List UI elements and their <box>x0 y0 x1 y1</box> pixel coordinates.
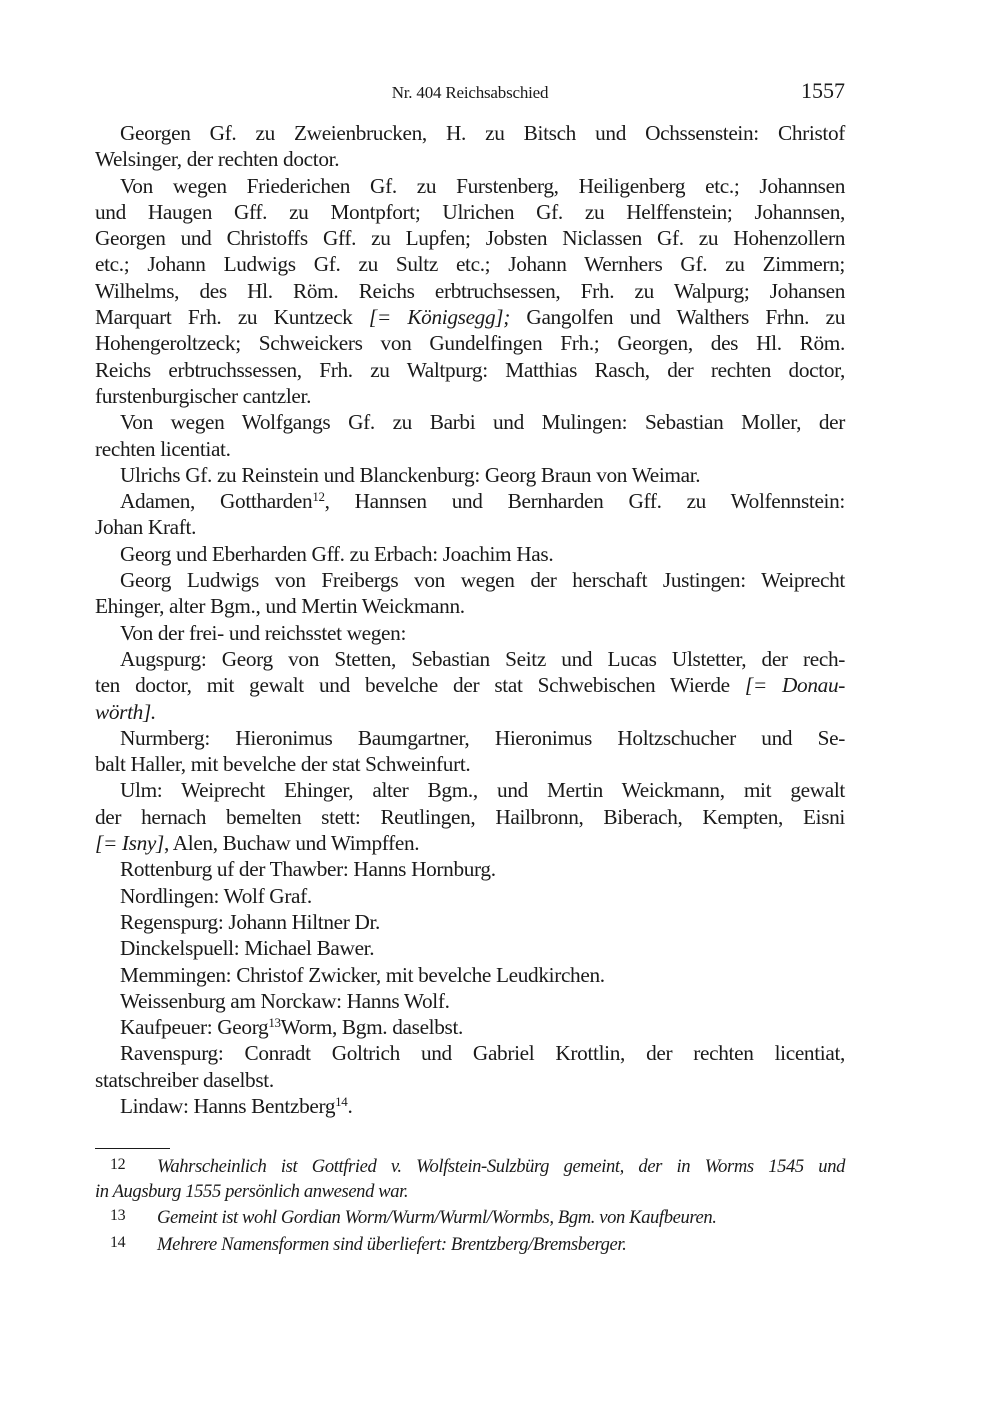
running-head: Nr. 404 Reichsabschied 1557 <box>95 80 845 106</box>
footnote-ref-13[interactable]: 13 <box>268 1015 280 1030</box>
text-line: balt Haller, mit bevelche der stat Schwe… <box>95 751 845 777</box>
text-line: etc.; Johann Ludwigs Gf. zu Sultz etc.; … <box>95 251 845 277</box>
body-text: Georgen Gf. zu Zweienbrucken, H. zu Bits… <box>95 120 845 1119</box>
document-page: Nr. 404 Reichsabschied 1557 Georgen Gf. … <box>0 0 1004 1418</box>
text-run: . <box>347 1094 352 1118</box>
text-line: und Haugen Gff. zu Montpfort; Ulrichen G… <box>95 199 845 225</box>
text-line: Nurmberg: Hieronimus Baumgartner, Hieron… <box>95 725 845 751</box>
text-line: Johan Kraft. <box>95 514 845 540</box>
paragraph-ulm: Ulm: Weiprecht Ehinger, alter Bgm., und … <box>95 777 845 856</box>
footnote-text: Mehrere Namensformen sind überliefert: B… <box>157 1234 626 1255</box>
text-line: Weissenburg am Norckaw: Hanns Wolf. <box>95 988 845 1014</box>
footnote-line: in Augsburg 1555 persönlich anwesend war… <box>95 1180 845 1205</box>
footnote-12: 12Wahrscheinlich ist Gottfried v. Wolfst… <box>95 1153 845 1204</box>
running-title: Nr. 404 Reichsabschied <box>95 80 845 106</box>
text-line: Reichs erbtruchssessen, Frh. zu Waltpurg… <box>95 357 845 383</box>
text-line: Augspurg: Georg von Stetten, Sebastian S… <box>95 646 845 672</box>
editorial-note: [= Königsegg]; <box>369 305 510 329</box>
paragraph-erbach: Georg und Eberharden Gff. zu Erbach: Joa… <box>95 541 845 567</box>
paragraph-ravenspurg: Ravenspurg: Conradt Goltrich und Gabriel… <box>95 1040 845 1093</box>
text-line: rechten licentiat. <box>95 436 845 462</box>
text-line: Welsinger, der rechten doctor. <box>95 146 845 172</box>
paragraph-regenspurg: Regenspurg: Johann Hiltner Dr. <box>95 909 845 935</box>
text-line: Lindaw: Hanns Bentzberg14. <box>95 1093 845 1119</box>
text-line: Marquart Frh. zu Kuntzeck [= Königsegg];… <box>95 304 845 330</box>
paragraph-augspurg: Augspurg: Georg von Stetten, Sebastian S… <box>95 646 845 725</box>
paragraph-kaufpeuer: Kaufpeuer: Georg13Worm, Bgm. daselbst. <box>95 1014 845 1040</box>
text-line: Wilhelms, des Hl. Röm. Reichs erbtruchse… <box>95 278 845 304</box>
text-run: Kaufpeuer: Georg <box>120 1015 268 1039</box>
text-line: Memmingen: Christof Zwicker, mit bevelch… <box>95 962 845 988</box>
footnote-line: 12Wahrscheinlich ist Gottfried v. Wolfst… <box>95 1153 845 1180</box>
text-line: Georg und Eberharden Gff. zu Erbach: Joa… <box>95 541 845 567</box>
footnote-line: 13Gemeint ist wohl Gordian Worm/Wurm/Wur… <box>95 1204 845 1231</box>
paragraph-lindaw: Lindaw: Hanns Bentzberg14. <box>95 1093 845 1119</box>
paragraph-dinckelspuell: Dinckelspuell: Michael Bawer. <box>95 935 845 961</box>
footnote-ref-12[interactable]: 12 <box>312 489 324 504</box>
footnote-text: Wahrscheinlich ist Gottfried v. Wolfstei… <box>157 1156 845 1177</box>
paragraph-rottenburg: Rottenburg uf der Thawber: Hanns Hornbur… <box>95 856 845 882</box>
footnote-number: 14 <box>95 1231 157 1256</box>
text-line: Rottenburg uf der Thawber: Hanns Hornbur… <box>95 856 845 882</box>
footnote-ref-14[interactable]: 14 <box>335 1094 347 1109</box>
paragraph-justingen: Georg Ludwigs von Freibergs von wegen de… <box>95 567 845 620</box>
footnote-text: Gemeint ist wohl Gordian Worm/Wurm/Wurml… <box>157 1207 717 1228</box>
footnote-number: 12 <box>95 1153 157 1178</box>
text-line: Georgen und Christoffs Gff. zu Lupfen; J… <box>95 225 845 251</box>
footnote-number: 13 <box>95 1204 157 1229</box>
text-line: Dinckelspuell: Michael Bawer. <box>95 935 845 961</box>
text-line: Nordlingen: Wolf Graf. <box>95 883 845 909</box>
editorial-note: [= Donau- <box>745 673 845 697</box>
text-run: Marquart Frh. zu Kuntzeck <box>95 305 369 329</box>
text-line: Von wegen Wolfgangs Gf. zu Barbi und Mul… <box>95 409 845 435</box>
paragraph-reinstein: Ulrichs Gf. zu Reinstein und Blanckenbur… <box>95 462 845 488</box>
text-line: Georgen Gf. zu Zweienbrucken, H. zu Bits… <box>95 120 845 146</box>
text-line: Georg Ludwigs von Freibergs von wegen de… <box>95 567 845 593</box>
paragraph-barbi: Von wegen Wolfgangs Gf. zu Barbi und Mul… <box>95 409 845 462</box>
text-line: Kaufpeuer: Georg13Worm, Bgm. daselbst. <box>95 1014 845 1040</box>
page-number: 1557 <box>801 78 845 104</box>
text-line: furstenburgischer cantzler. <box>95 383 845 409</box>
text-run: Adamen, Gottharden <box>120 489 312 513</box>
text-line: Ravenspurg: Conradt Goltrich und Gabriel… <box>95 1040 845 1066</box>
footnote-13: 13Gemeint ist wohl Gordian Worm/Wurm/Wur… <box>95 1204 845 1231</box>
text-run: , Hannsen und Bernharden Gff. zu Wolfenn… <box>325 489 845 513</box>
paragraph-memmingen: Memmingen: Christof Zwicker, mit bevelch… <box>95 962 845 988</box>
editorial-note: wörth]. <box>95 699 845 725</box>
footnotes: 12Wahrscheinlich ist Gottfried v. Wolfst… <box>95 1153 845 1257</box>
text-line: Ulm: Weiprecht Ehinger, alter Bgm., und … <box>95 777 845 803</box>
text-run: ten doctor, mit gewalt und bevelche der … <box>95 673 745 697</box>
paragraph-nurmberg: Nurmberg: Hieronimus Baumgartner, Hieron… <box>95 725 845 778</box>
footnote-14: 14Mehrere Namensformen sind überliefert:… <box>95 1231 845 1258</box>
text-line: Ulrichs Gf. zu Reinstein und Blanckenbur… <box>95 462 845 488</box>
text-line: ten doctor, mit gewalt und bevelche der … <box>95 672 845 698</box>
paragraph-wolfennstein: Adamen, Gottharden12, Hannsen und Bernha… <box>95 488 845 541</box>
footnote-divider <box>95 1148 170 1149</box>
text-line: der hernach bemelten stett: Reutlingen, … <box>95 804 845 830</box>
paragraph-zweienbrucken: Georgen Gf. zu Zweienbrucken, H. zu Bits… <box>95 120 845 173</box>
paragraph-nordlingen: Nordlingen: Wolf Graf. <box>95 883 845 909</box>
text-run: , Alen, Buchaw und Wimpffen. <box>164 831 419 855</box>
text-line: Ehinger, alter Bgm., und Mertin Weickman… <box>95 593 845 619</box>
text-line: Adamen, Gottharden12, Hannsen und Bernha… <box>95 488 845 514</box>
text-line: Regenspurg: Johann Hiltner Dr. <box>95 909 845 935</box>
footnote-line: 14Mehrere Namensformen sind überliefert:… <box>95 1231 845 1258</box>
text-line: Von wegen Friederichen Gf. zu Furstenber… <box>95 173 845 199</box>
editorial-note: [= Isny] <box>95 831 164 855</box>
text-run: Gangolfen und Walthers Frhn. zu <box>510 305 845 329</box>
paragraph-furstenberg: Von wegen Friederichen Gf. zu Furstenber… <box>95 173 845 410</box>
paragraph-reichsstet-heading: Von der frei- und reichsstet wegen: <box>95 620 845 646</box>
paragraph-weissenburg: Weissenburg am Norckaw: Hanns Wolf. <box>95 988 845 1014</box>
text-line: Von der frei- und reichsstet wegen: <box>95 620 845 646</box>
text-line: statschreiber daselbst. <box>95 1067 845 1093</box>
text-line: Hohengeroltzeck; Schweickers von Gundelf… <box>95 330 845 356</box>
text-run: Worm, Bgm. daselbst. <box>281 1015 463 1039</box>
text-line: [= Isny], Alen, Buchaw und Wimpffen. <box>95 830 845 856</box>
text-run: Lindaw: Hanns Bentzberg <box>120 1094 335 1118</box>
